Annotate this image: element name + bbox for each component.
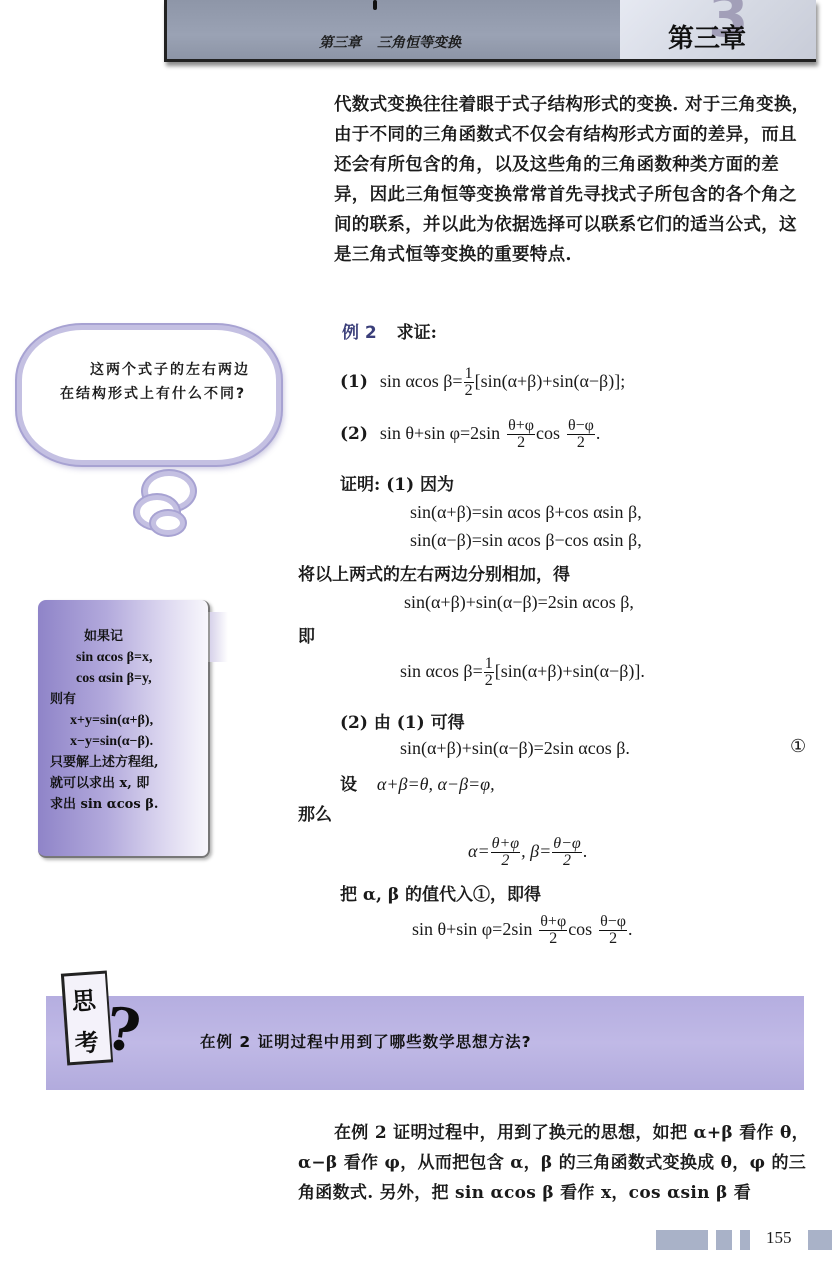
frac-num: 1 <box>464 366 474 383</box>
note-line: sin αcos β=x, <box>50 647 210 668</box>
frac-num: θ+φ <box>491 836 521 853</box>
item2-cos: cos <box>536 423 560 443</box>
item2-prefix: (2) <box>340 424 368 444</box>
final-end: . <box>628 919 633 939</box>
chapter-badge: 第三章 <box>668 18 746 55</box>
note-line: 如果记 <box>50 626 210 647</box>
eq4-fraction: 12 <box>484 656 494 689</box>
example-item-2: (2) sin θ+sin φ=2sin θ+φ2cos θ−φ2. <box>340 418 600 451</box>
chapter-header-band: 第三章三角恒等变换 3 第三章 <box>164 0 816 62</box>
footer-decoration-block <box>808 1230 832 1250</box>
example-prompt: 求证: <box>397 323 437 343</box>
note-line: 只要解上述方程组, <box>50 752 210 773</box>
eq4-lhs: sin αcos β= <box>400 661 483 681</box>
proof-eq-4: sin αcos β=12[sin(α+β)+sin(α−β)]. <box>400 656 645 689</box>
note-line: x−y=sin(α−β). <box>50 731 210 752</box>
think-char-1: 思 <box>70 980 96 1017</box>
let-label: 设 <box>340 775 357 795</box>
frac-num: θ−φ <box>567 418 595 435</box>
note-line: cos αsin β=y, <box>50 668 210 689</box>
frac-den: 2 <box>491 853 521 869</box>
page-number: 155 <box>766 1228 792 1248</box>
think-question: 在例 2 证明过程中用到了哪些数学思想方法? <box>200 1030 532 1052</box>
final-cos: cos <box>568 919 592 939</box>
proof-ji: 即 <box>298 622 315 647</box>
example-item-1: (1) sin αcos β=12[sin(α+β)+sin(α−β)]; <box>340 366 625 399</box>
thought-bubble-small <box>156 516 180 530</box>
proof-part2-intro: (2) 由 (1) 可得 <box>340 708 465 733</box>
eq4-rhs: [sin(α+β)+sin(α−β)]. <box>495 661 645 681</box>
frac-den: 2 <box>484 673 494 689</box>
proof-eq-5: sin(α+β)+sin(α−β)=2sin αcos β. <box>400 738 630 759</box>
frac-num: θ−φ <box>599 914 627 931</box>
think-char-2: 考 <box>73 1022 99 1059</box>
note-line: 就可以求出 x, 即 <box>50 773 210 794</box>
frac-den: 2 <box>507 435 535 451</box>
frac-num: θ−φ <box>552 836 582 853</box>
side-note-tab <box>208 612 228 662</box>
sol-separator: , β= <box>521 841 551 861</box>
item1-fraction: 12 <box>464 366 474 399</box>
intro-paragraph: 代数式变换往往着眼于式子结构形式的变换. 对于三角变换，由于不同的三角函数式不仅… <box>298 90 814 270</box>
intro-text: 代数式变换往往着眼于式子结构形式的变换. 对于三角变换，由于不同的三角函数式不仅… <box>298 90 814 270</box>
final-fraction-2: θ−φ2 <box>599 914 627 947</box>
item2-fraction-2: θ−φ2 <box>567 418 595 451</box>
sol-end: . <box>583 841 588 861</box>
example-label: 例 2 <box>342 323 377 343</box>
sol-alpha: α= <box>468 841 490 861</box>
item1-rhs: [sin(α+β)+sin(α−β)]; <box>475 371 626 391</box>
chapter-badge-panel: 3 第三章 <box>620 0 816 59</box>
header-decoration-dot <box>373 0 377 10</box>
cloud-question: 这两个式子的左右两边在结构形式上有什么不同? <box>60 358 260 406</box>
frac-num: θ+φ <box>507 418 535 435</box>
frac-num: 1 <box>484 656 494 673</box>
frac-den: 2 <box>464 383 474 399</box>
proof-let: 设 α+β=θ, α−β=φ, <box>340 770 495 795</box>
note-line: 则有 <box>50 689 210 710</box>
final-lhs: sin θ+sin φ=2sin <box>412 919 532 939</box>
sol-beta-fraction: θ−φ2 <box>552 836 582 869</box>
proof-solution: α=θ+φ2, β=θ−φ2. <box>468 836 587 869</box>
frac-den: 2 <box>539 931 567 947</box>
final-fraction-1: θ+φ2 <box>539 914 567 947</box>
textbook-page: 第三章三角恒等变换 3 第三章 代数式变换往往着眼于式子结构形式的变换. 对于三… <box>0 0 832 1272</box>
proof-eq-1: sin(α+β)=sin αcos β+cos αsin β, <box>410 502 642 523</box>
frac-den: 2 <box>552 853 582 869</box>
proof-eq-3: sin(α+β)+sin(α−β)=2sin αcos β, <box>404 592 634 613</box>
proof-final: sin θ+sin φ=2sin θ+φ2cos θ−φ2. <box>412 914 633 947</box>
proof-then: 那么 <box>298 800 332 825</box>
proof-step-add: 将以上两式的左右两边分别相加，得 <box>298 560 570 585</box>
running-title: 第三章三角恒等变换 <box>319 32 477 52</box>
running-title-topic: 三角恒等变换 <box>377 35 461 51</box>
answer-paragraph: 在例 2 证明过程中，用到了换元的思想，如把 α+β 看作 θ，α−β 看作 φ… <box>298 1118 816 1208</box>
equation-tag-1: ① <box>790 736 806 757</box>
frac-num: θ+φ <box>539 914 567 931</box>
footer-decoration-block <box>656 1230 708 1250</box>
footer-decoration-block <box>716 1230 732 1250</box>
note-line: 求出 sin αcos β. <box>50 794 210 815</box>
item2-lhs: sin θ+sin φ=2sin <box>380 423 500 443</box>
side-note-text: 如果记 sin αcos β=x, cos αsin β=y, 则有 x+y=s… <box>50 626 210 815</box>
running-title-chapter: 第三章 <box>319 35 361 51</box>
example-heading: 例 2 求证: <box>342 318 437 343</box>
frac-den: 2 <box>599 931 627 947</box>
proof-eq-2: sin(α−β)=sin αcos β−cos αsin β, <box>410 530 642 551</box>
item2-fraction-1: θ+φ2 <box>507 418 535 451</box>
proof-substitute: 把 α, β 的值代入①，即得 <box>340 880 541 905</box>
frac-den: 2 <box>567 435 595 451</box>
proof-intro: 证明: (1) 因为 <box>340 470 454 495</box>
item1-prefix: (1) <box>340 372 368 392</box>
note-line: x+y=sin(α+β), <box>50 710 210 731</box>
cloud-question-text: 这两个式子的左右两边在结构形式上有什么不同? <box>60 362 250 402</box>
item2-end: . <box>596 423 601 443</box>
footer-decoration-block <box>740 1230 750 1250</box>
let-expression: α+β=θ, α−β=φ, <box>377 774 495 794</box>
item1-lhs: sin αcos β= <box>380 371 463 391</box>
answer-text: 在例 2 证明过程中，用到了换元的思想，如把 α+β 看作 θ，α−β 看作 φ… <box>298 1118 816 1208</box>
sol-alpha-fraction: θ+φ2 <box>491 836 521 869</box>
